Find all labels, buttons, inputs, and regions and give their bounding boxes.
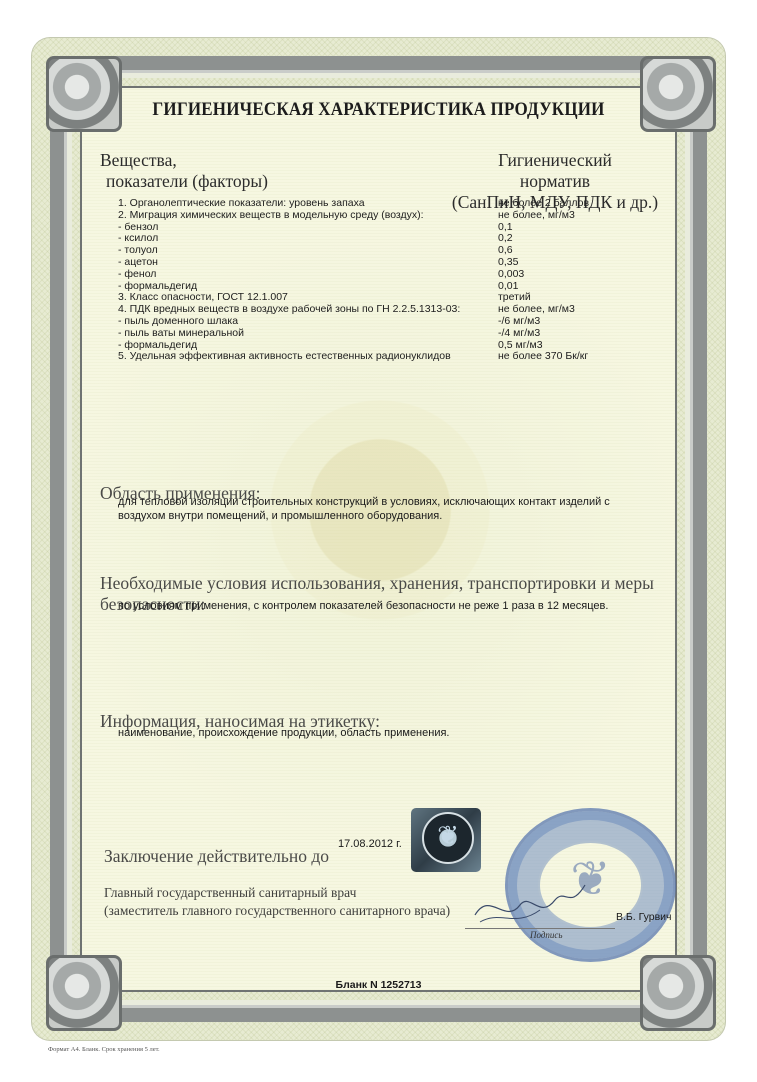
norm-value: 0,2 [498,233,678,245]
signature-icon [470,880,590,930]
table-row: 5. Удельная эффективная активность естес… [118,351,678,363]
scope-text-line: для тепловой изоляции строительных конст… [118,495,610,509]
signature-line [465,928,615,929]
conditions-text: по условиям применения, с контролем пока… [118,599,608,613]
column-header-substances: Вещества, показатели (факторы) [100,150,268,192]
norm-value: не более 370 Бк/кг [498,351,678,363]
norm-value: 0,6 [498,245,678,257]
scope-text-line: воздухом внутри помещений, и промышленно… [118,509,610,523]
norm-value: -/6 мг/м3 [498,316,678,328]
substance-name: 5. Удельная эффективная активность естес… [118,351,498,363]
norm-value: не более, мг/м3 [498,210,678,222]
table-row: - бензол0,1 [118,222,678,234]
label-info-text: наименование, происхождение продукции, о… [118,726,449,740]
table-row: - ксилол0,2 [118,233,678,245]
header-right-line: норматив [440,171,670,192]
corner-ornament-icon [640,955,716,1031]
signer-name: В.Б. Гурвич [616,911,672,923]
header-left-line: показатели (факторы) [100,171,268,192]
header-left-line: Вещества, [100,150,268,171]
norm-value: -/4 мг/м3 [498,328,678,340]
substance-name: - бензол [118,222,498,234]
official-subtitle: (заместитель главного государственного с… [104,903,450,919]
document-title: ГИГИЕНИЧЕСКАЯ ХАРАКТЕРИСТИКА ПРОДУКЦИИ [30,100,726,121]
signature-caption: Подпись [530,930,563,940]
validity-label: Заключение действительно до [104,846,329,867]
conditions-label-line: Необходимые условия использования, хране… [100,573,654,594]
substance-name: - ацетон [118,257,498,269]
substance-name: - пыль доменного шлака [118,316,498,328]
hygiene-table: 1. Органолептические показатели: уровень… [118,198,678,363]
substance-name: - фенол [118,269,498,281]
validity-date: 17.08.2012 г. [338,837,402,851]
corner-ornament-icon [46,955,122,1031]
table-row: - ацетон0,35 [118,257,678,269]
table-row: - толуол0,6 [118,245,678,257]
scope-text: для тепловой изоляции строительных конст… [118,495,610,523]
norm-value: 0,35 [498,257,678,269]
official-title: Главный государственный санитарный врач [104,885,356,901]
norm-value: 0,003 [498,269,678,281]
table-row: - фенол0,003 [118,269,678,281]
table-row: 2. Миграция химических веществ в модельн… [118,210,678,222]
substance-name: - пыль ваты минеральной [118,328,498,340]
substance-name: - ксилол [118,233,498,245]
blank-number: Бланк N 1252713 [0,979,757,991]
footer-note: Формат А4. Бланк. Срок хранения 5 лет. [48,1046,160,1053]
substance-name: 2. Миграция химических веществ в модельн… [118,210,498,222]
hologram-emblem-icon [411,808,481,872]
substance-name: - толуол [118,245,498,257]
header-right-line: Гигиенический [440,150,670,171]
norm-value: 0,1 [498,222,678,234]
table-row: - пыль ваты минеральной-/4 мг/м3 [118,328,678,340]
table-row: - пыль доменного шлака-/6 мг/м3 [118,316,678,328]
